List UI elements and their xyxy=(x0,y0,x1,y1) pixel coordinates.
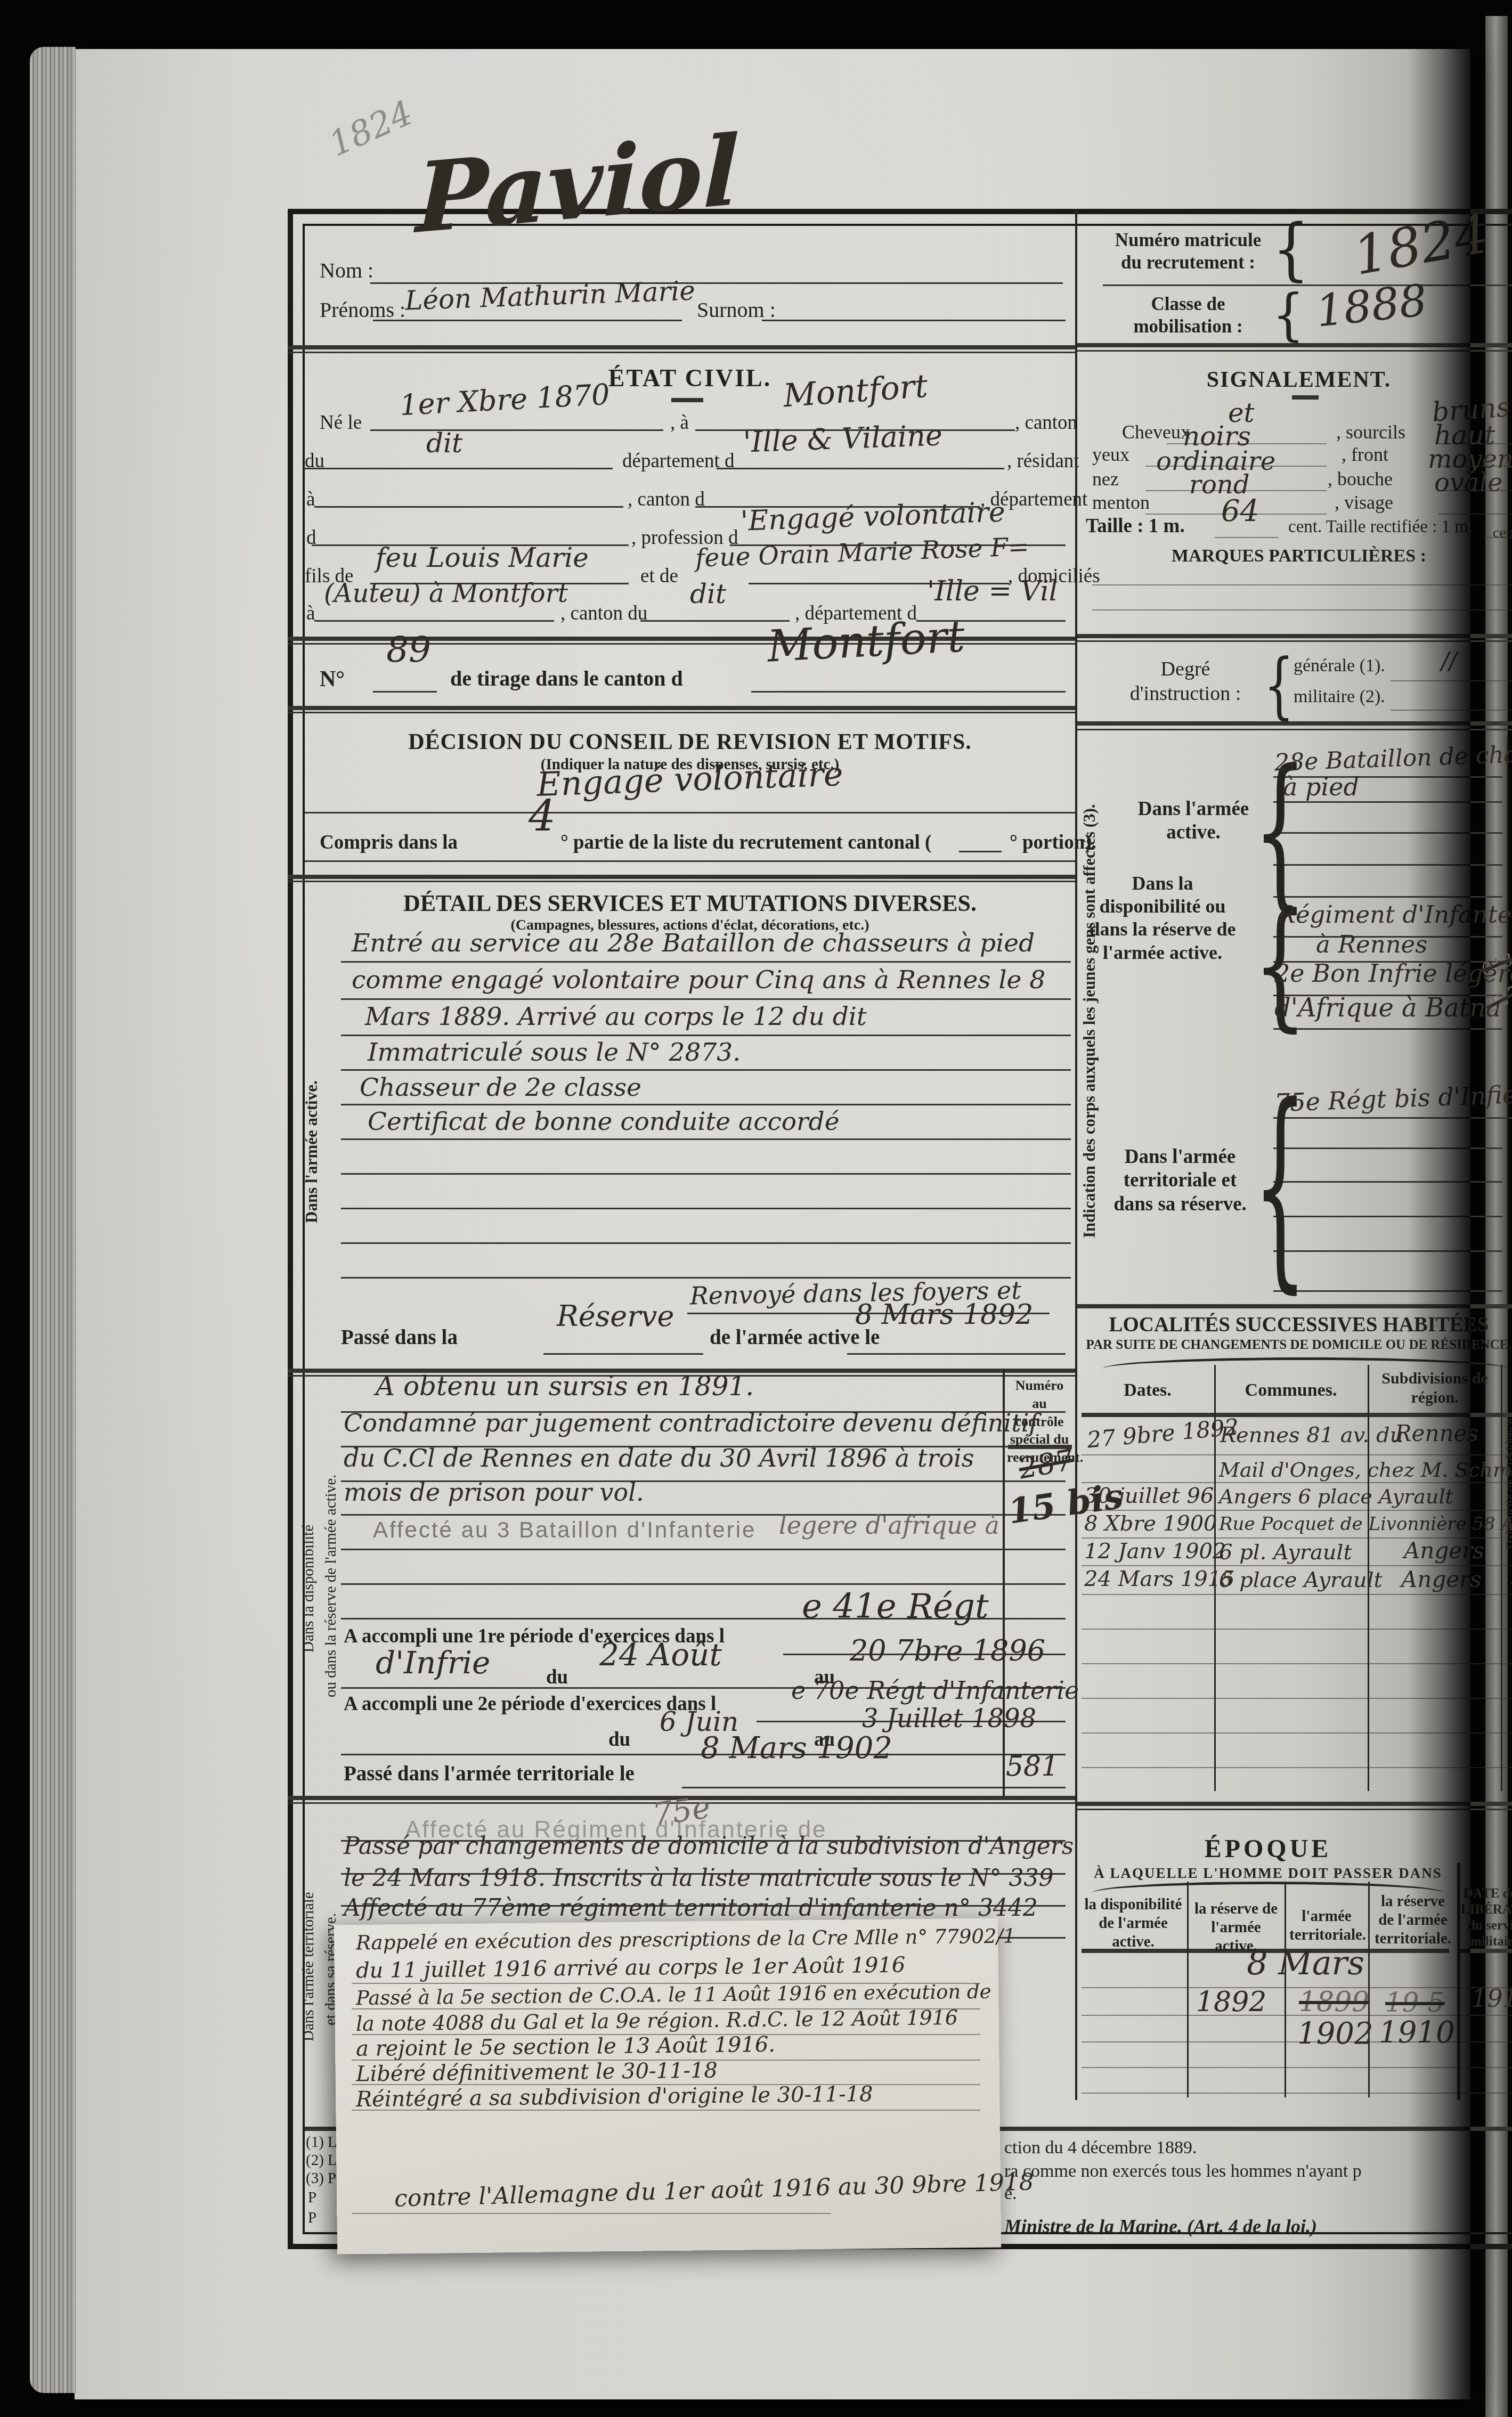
canton-du-label: , canton du xyxy=(560,602,647,625)
footnote-mark-3: (3) P xyxy=(306,2169,336,2188)
front-label: , front xyxy=(1342,443,1388,466)
passe-reserve-value: Réserve xyxy=(557,1302,674,1331)
epoque-col-3: l'armée territoriale. xyxy=(1289,1907,1364,1944)
passe-reserve-date: 8 Mars 1892 xyxy=(855,1301,1033,1329)
prenoms-label: Prénoms : xyxy=(320,297,405,323)
tirage-no-label: N° xyxy=(320,666,345,693)
corps-active-label: Dans l'armée active. xyxy=(1132,797,1255,845)
corps-dispo-3: 2e Bon Infrie légère xyxy=(1274,961,1512,986)
visage-label: , visage xyxy=(1335,491,1393,514)
tirage-num: 89 xyxy=(386,632,431,668)
periode2-to: 3 Juillet 1898 xyxy=(862,1706,1036,1731)
vertical-rule-line xyxy=(1501,1365,1502,1791)
classe-brace: { xyxy=(1272,288,1304,344)
note-line-6: Réintégré a sa subdivision d'origine le … xyxy=(356,2084,873,2110)
tirage-value: Montfort xyxy=(766,615,966,669)
note-line-4: a rejoint le 5e section le 13 Août 1916. xyxy=(356,2034,775,2060)
cent-label: cent. xyxy=(1493,524,1512,542)
rule-line xyxy=(352,2008,980,2009)
yeux-value: noirs xyxy=(1183,423,1251,450)
rule-line xyxy=(341,1035,1071,1036)
yeux-label: yeux xyxy=(1092,443,1129,466)
epoque-terr: 1902 xyxy=(1297,2019,1373,2049)
condamne-1: Condamné par jugement contradictoire dev… xyxy=(344,1411,1038,1435)
rule-line xyxy=(373,691,437,693)
a3-value: (Auteu) à Montfort xyxy=(324,581,568,606)
footnote-frag-1: ction du 4 décembre 1889. xyxy=(1004,2137,1197,2159)
compris-mid: ° partie de la liste du recrutement cant… xyxy=(560,831,931,855)
controle-value-2: 581 xyxy=(1006,1753,1059,1780)
service-entry-0: Entré au service au 28e Bataillon de cha… xyxy=(352,931,1035,956)
service-entry-2: Mars 1889. Arrivé au corps le 12 du dit xyxy=(365,1004,867,1029)
corps-vertical-label: Indication des corps auxquels les jeunes… xyxy=(1080,742,1099,1301)
service-entry-4: Chasseur de 2e classe xyxy=(360,1075,641,1100)
corps-dispo-label: Dans la disponibilité ou dans la réserve… xyxy=(1083,872,1242,964)
degre-brace: { xyxy=(1264,650,1294,722)
rule-line xyxy=(288,712,1075,713)
rule-line xyxy=(352,2060,980,2061)
rule-line xyxy=(1292,395,1319,400)
service-entry-1: comme engagé volontaire pour Cinq ans à … xyxy=(352,967,1045,992)
rule-line xyxy=(288,352,1075,353)
rule-line xyxy=(304,468,613,469)
a3-label: à xyxy=(306,602,315,625)
pere-value: feu Louis Marie xyxy=(376,544,589,571)
rule-line xyxy=(341,961,1071,963)
rule-line xyxy=(352,2084,980,2085)
tirage-label: de tirage dans le canton d xyxy=(450,666,683,691)
register-scan: { "page": { "pencil_year": "1824" }, "he… xyxy=(0,0,1512,2417)
rule-line xyxy=(751,691,1066,693)
periode1-value-2: d'Infrie xyxy=(376,1647,490,1678)
epoque-liberation: 1914 xyxy=(1472,1986,1512,2011)
footnote-mark-5: P xyxy=(308,2209,316,2227)
rule-line xyxy=(288,706,1075,710)
dispo-margin-label-2: ou dans la réserve de l'armée active. xyxy=(323,1381,340,1791)
canton-du-value: dit xyxy=(690,581,726,607)
passe-terr-date: 8 Mars 1902 xyxy=(701,1734,892,1763)
rule-line xyxy=(352,1983,980,1984)
pencil-year: 1824 xyxy=(324,96,418,162)
footnote-frag-2: ra comme non exercés tous les hommes n'a… xyxy=(1004,2161,1362,2183)
rule-line xyxy=(314,506,623,508)
departement-value: 'Ille & Vilaine xyxy=(743,421,943,457)
condamne-2: du C.Cl de Rennes en date du 30 Avril 18… xyxy=(344,1446,974,1470)
residant-label: , résidant xyxy=(1007,450,1079,473)
a-value: Montfort xyxy=(782,370,929,412)
periode1-du: du xyxy=(546,1666,568,1689)
loc-row0-commune: Rennes 81 av. du xyxy=(1220,1425,1403,1446)
loc-row4-commune: 6 pl. Ayrault xyxy=(1219,1542,1352,1563)
localites-col-dates: Dates. xyxy=(1082,1380,1214,1402)
rule-line xyxy=(341,1173,1071,1175)
epoque-col-1: la disponibilité de l'armée active. xyxy=(1083,1895,1184,1951)
surnom-label: Surnom : xyxy=(697,297,776,323)
rule-line xyxy=(370,429,663,431)
epoque-mars: 8 Mars xyxy=(1247,1947,1364,1980)
a-label: , à xyxy=(670,411,689,435)
rule-line xyxy=(341,998,1071,1000)
periode1-to: 20 7bre 1896 xyxy=(850,1637,1045,1665)
et-de-label: et de xyxy=(640,565,678,588)
vertical-rule-line xyxy=(1285,1882,1286,2097)
rule-line xyxy=(543,1353,703,1355)
rule-line xyxy=(762,320,1066,321)
vertical-rule-line xyxy=(1187,1882,1189,2097)
footnote-frag-4: Ministre de la Marine. (Art. 4 de la loi… xyxy=(1004,2215,1317,2238)
rule-line xyxy=(1273,1117,1512,1119)
service-entry-3: Immatriculé sous le N° 2873. xyxy=(368,1040,741,1065)
rule-line xyxy=(717,468,1004,469)
taille-label: Taille : 1 m. xyxy=(1086,515,1185,538)
terr-stamp-hw: 75e xyxy=(651,1792,712,1830)
repertoire-vertical-label: NUMÉRO au répertoire du corps. xyxy=(1510,747,1512,971)
vertical-rule-line xyxy=(1507,736,1508,1305)
rule-line xyxy=(288,875,1075,879)
periode1-from: 24 Août xyxy=(599,1639,722,1670)
rule-line xyxy=(847,1353,1066,1355)
book-page-stack-edge xyxy=(30,47,76,2393)
terr-line-1: Passé par changements de domicile à la s… xyxy=(344,1835,1074,1858)
note-line-3: la note 4088 du Gal et la 9e région. R.d… xyxy=(356,2007,958,2034)
footnote-mark-4: P xyxy=(308,2188,316,2207)
localites-col-dr: D domicile ou R résidence. xyxy=(1503,1365,1512,1599)
rule-line xyxy=(373,320,682,321)
menton-label: menton xyxy=(1092,491,1150,514)
rule-line xyxy=(341,1583,1066,1585)
classe-label: Classe de mobilisation : xyxy=(1108,293,1268,338)
rule-line xyxy=(341,1208,1071,1209)
rule-line xyxy=(314,620,554,622)
page-gutter-shadow xyxy=(1407,49,1470,2399)
condamne-3: mois de prison pour vol. xyxy=(344,1480,644,1504)
nom-label: Nom : xyxy=(320,258,373,283)
decision-title: DÉCISION DU CONSEIL DE REVISION ET MOTIF… xyxy=(305,729,1075,755)
departement-label: département d xyxy=(622,450,735,473)
rule-line xyxy=(959,851,1002,852)
sursis-line: A obtenu un sursis en 1891. xyxy=(376,1373,754,1399)
generale-label: générale (1). xyxy=(1294,655,1385,677)
sourcils-label: , sourcils xyxy=(1336,421,1405,444)
terr-margin-label-1: Dans l'armée territoriale xyxy=(300,1823,318,2111)
note-line-5: Libéré définitivement le 30-11-18 xyxy=(356,2060,718,2085)
rule-line xyxy=(341,1069,1071,1071)
rule-line xyxy=(305,860,1075,862)
register-sheet: 1824 Nom : Paviol Prénoms : Léon Mathuri… xyxy=(75,49,1470,2399)
periode2-value: e 70e Régt d'Infanterie xyxy=(791,1678,1079,1703)
loc-row4-date: 12 Janv 1902 xyxy=(1084,1541,1226,1562)
footnote-mark-1: (1) L xyxy=(306,2133,337,2152)
militaire-label: militaire (2). xyxy=(1294,686,1385,708)
dispo-margin-label-1: Dans la disponibilité xyxy=(300,1413,318,1764)
rule-line xyxy=(341,1138,1071,1140)
rule-line xyxy=(682,1787,1066,1788)
corps-active-2: à pied xyxy=(1283,775,1359,799)
rule-line xyxy=(341,1549,1066,1550)
rule-line xyxy=(341,1104,1071,1105)
services-title: DÉTAIL DES SERVICES ET MUTATIONS DIVERSE… xyxy=(305,890,1075,918)
affecte-stamp: Affecté au 3 Bataillon d'Infanterie xyxy=(373,1517,756,1543)
nez-label: nez xyxy=(1092,468,1119,491)
taille-value: 64 xyxy=(1221,497,1259,526)
localites-col-communes: Communes. xyxy=(1216,1380,1366,1402)
nom-value: Paviol xyxy=(416,123,740,247)
rule-line xyxy=(288,345,1075,349)
matricule-brace: { xyxy=(1272,215,1310,283)
epoque-reserve-active: 1892 xyxy=(1196,1988,1266,2016)
service-entry-5: Certificat de bonne conduite accordé xyxy=(368,1109,839,1134)
periode1-value: e 41e Régt xyxy=(802,1590,989,1624)
canton-d-label: , canton d xyxy=(628,488,705,511)
corps-terr-label: Dans l'armée territoriale et dans sa rés… xyxy=(1105,1145,1255,1216)
d-label: d xyxy=(306,526,316,550)
rule-line xyxy=(1215,537,1279,538)
passe-reserve-pre: Passé dans la xyxy=(341,1325,458,1350)
corps-dispo-1: Régiment d'Infanterie xyxy=(1278,902,1512,926)
rule-line xyxy=(341,1242,1071,1244)
rule-line xyxy=(288,881,1075,882)
cheveux-label: Cheveux xyxy=(1122,421,1190,444)
periode2-du: du xyxy=(608,1728,630,1752)
degre-label: Degré d'instruction : xyxy=(1113,657,1257,706)
passe-terr-pre: Passé dans l'armée territoriale le xyxy=(344,1762,635,1787)
compris-num: 4 xyxy=(529,795,556,837)
rule-line xyxy=(671,398,703,402)
footnote-mark-2: (2) L xyxy=(306,2151,337,2170)
terr-line-2: le 24 Mars 1918. Inscrits à la liste mat… xyxy=(344,1867,1054,1890)
ne-le-label: Né le xyxy=(320,411,362,435)
terr-line-3: Affecté au 77ème régiment territorial d'… xyxy=(344,1897,1038,1920)
loc-row3-date: 8 Xbre 1900 xyxy=(1084,1513,1217,1534)
canton-label: , canton xyxy=(1015,411,1077,435)
affecte-hw: legere d'afrique à xyxy=(779,1513,999,1537)
du-label: du xyxy=(305,450,324,473)
du-value: dit xyxy=(426,430,462,457)
rule-line xyxy=(305,812,1075,813)
a2-label: à xyxy=(306,488,315,511)
rule-line xyxy=(352,2034,980,2035)
passe-reserve-mid: de l'armée active le xyxy=(710,1325,880,1350)
loc-row2-date: 30 juillet 96 xyxy=(1084,1485,1214,1507)
loc-row5-commune: 6 place Ayrault xyxy=(1219,1569,1383,1591)
note-line-1: du 11 juillet 1916 arrivé au corps le 1e… xyxy=(356,1955,906,1982)
rule-line xyxy=(352,2110,980,2111)
services-margin-label: Dans l'armée active. xyxy=(303,976,321,1328)
bouche-label: , bouche xyxy=(1328,468,1393,491)
compris-pre: Compris dans la xyxy=(320,831,458,855)
epoque-subtitle: À LAQUELLE L'HOMME DOIT PASSER DANS xyxy=(1082,1865,1454,1882)
epoque-title: ÉPOQUE xyxy=(1082,1834,1454,1865)
departement-d2-value: 'Ille = Vil xyxy=(927,577,1058,605)
epoque-terr-struck: 1899 xyxy=(1299,1988,1369,2016)
matricule-label: Numéro matricule du recrutement : xyxy=(1108,229,1268,274)
rule-line xyxy=(352,2213,831,2214)
loc-row5-date: 24 Mars 1915 xyxy=(1084,1568,1235,1590)
